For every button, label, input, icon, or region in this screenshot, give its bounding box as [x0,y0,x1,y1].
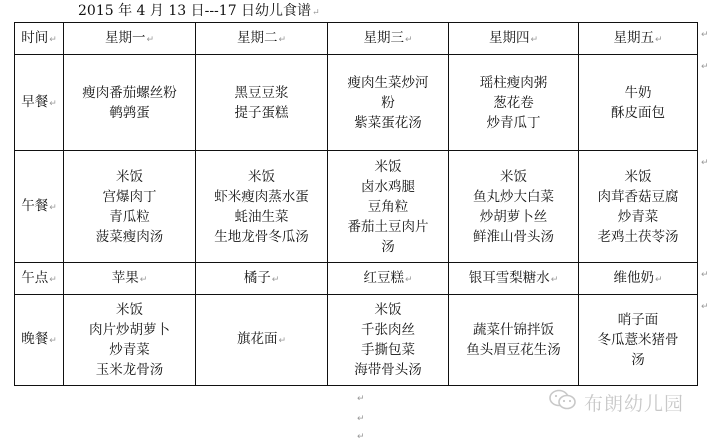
meal-label: 早餐↵ [15,55,64,151]
menu-cell: 哨子面冬瓜薏米猪骨汤 [579,295,698,386]
paragraph-mark-icon: ↵ [701,30,709,40]
menu-cell: 蔬菜什锦拌饭鱼头眉豆花生汤 [449,295,579,386]
time-header: 时间↵ [15,23,64,55]
paragraph-mark-icon: ↵ [357,414,365,424]
table-row-breakfast: 早餐↵ 瘦肉番茄螺丝粉鹌鹑蛋 黑豆豆浆提子蛋糕 瘦肉生菜炒河粉紫菜蛋花汤 瑶柱瘦… [15,55,698,151]
menu-cell: 苹果↵ [64,263,196,295]
paragraph-mark-icon: ↵ [701,158,709,168]
meal-label: 晚餐↵ [15,295,64,386]
menu-cell: 瘦肉生菜炒河粉紫菜蛋花汤 [328,55,449,151]
menu-cell: 米饭肉茸香菇豆腐炒青菜老鸡土茯苓汤 [579,151,698,263]
header-row: 时间↵ 星期一↵ 星期二↵ 星期三↵ 星期四↵ 星期五↵ [15,23,698,55]
document-title: 2015 年 4 月 13 日---17 日幼儿食谱↵ [78,2,320,22]
table-row-snack: 午点↵ 苹果↵ 橘子↵ 红豆糕↵ 银耳雪梨糖水↵ 维他奶↵ [15,263,698,295]
wechat-icon [548,388,578,417]
menu-cell: 米饭鱼丸炒大白菜炒胡萝卜丝鲜淮山骨头汤 [449,151,579,263]
menu-cell: 瘦肉番茄螺丝粉鹌鹑蛋 [64,55,196,151]
day-header-fri: 星期五↵ [579,23,698,55]
paragraph-mark-icon: ↵ [312,8,320,18]
day-header-wed: 星期三↵ [328,23,449,55]
day-header-tue: 星期二↵ [196,23,328,55]
menu-table: 时间↵ 星期一↵ 星期二↵ 星期三↵ 星期四↵ 星期五↵ 早餐↵ 瘦肉番茄螺丝粉… [14,22,698,386]
paragraph-mark-icon: ↵ [357,432,365,440]
table-row-dinner: 晚餐↵ 米饭肉片炒胡萝卜炒青菜玉米龙骨汤 旗花面↵ 米饭千张肉丝手撕包菜海带骨头… [15,295,698,386]
day-header-thu: 星期四↵ [449,23,579,55]
menu-cell: 米饭卤水鸡腿豆角粒番茄土豆肉片汤 [328,151,449,263]
menu-cell: 维他奶↵ [579,263,698,295]
day-header-mon: 星期一↵ [64,23,196,55]
menu-cell: 红豆糕↵ [328,263,449,295]
table-row-lunch: 午餐↵ 米饭宫爆肉丁青瓜粒菠菜瘦肉汤 米饭虾米瘦肉蒸水蛋蚝油生菜生地龙骨冬瓜汤 … [15,151,698,263]
paragraph-mark-icon: ↵ [357,394,365,404]
watermark-text: 布朗幼儿园 [584,389,684,416]
menu-cell: 米饭千张肉丝手撕包菜海带骨头汤 [328,295,449,386]
watermark: 布朗幼儿园 [548,388,684,417]
paragraph-mark-icon: ↵ [701,270,709,280]
menu-cell: 瑶柱瘦肉粥葱花卷炒青瓜丁 [449,55,579,151]
menu-cell: 米饭虾米瘦肉蒸水蛋蚝油生菜生地龙骨冬瓜汤 [196,151,328,263]
title-text: 2015 年 4 月 13 日---17 日幼儿食谱 [78,3,311,19]
menu-cell: 米饭宫爆肉丁青瓜粒菠菜瘦肉汤 [64,151,196,263]
menu-cell: 黑豆豆浆提子蛋糕 [196,55,328,151]
paragraph-mark-icon: ↵ [701,62,709,72]
meal-label: 午点↵ [15,263,64,295]
paragraph-mark-icon: ↵ [701,302,709,312]
menu-cell: 旗花面↵ [196,295,328,386]
meal-label: 午餐↵ [15,151,64,263]
menu-cell: 橘子↵ [196,263,328,295]
menu-cell: 银耳雪梨糖水↵ [449,263,579,295]
menu-cell: 米饭肉片炒胡萝卜炒青菜玉米龙骨汤 [64,295,196,386]
menu-cell: 牛奶酥皮面包 [579,55,698,151]
